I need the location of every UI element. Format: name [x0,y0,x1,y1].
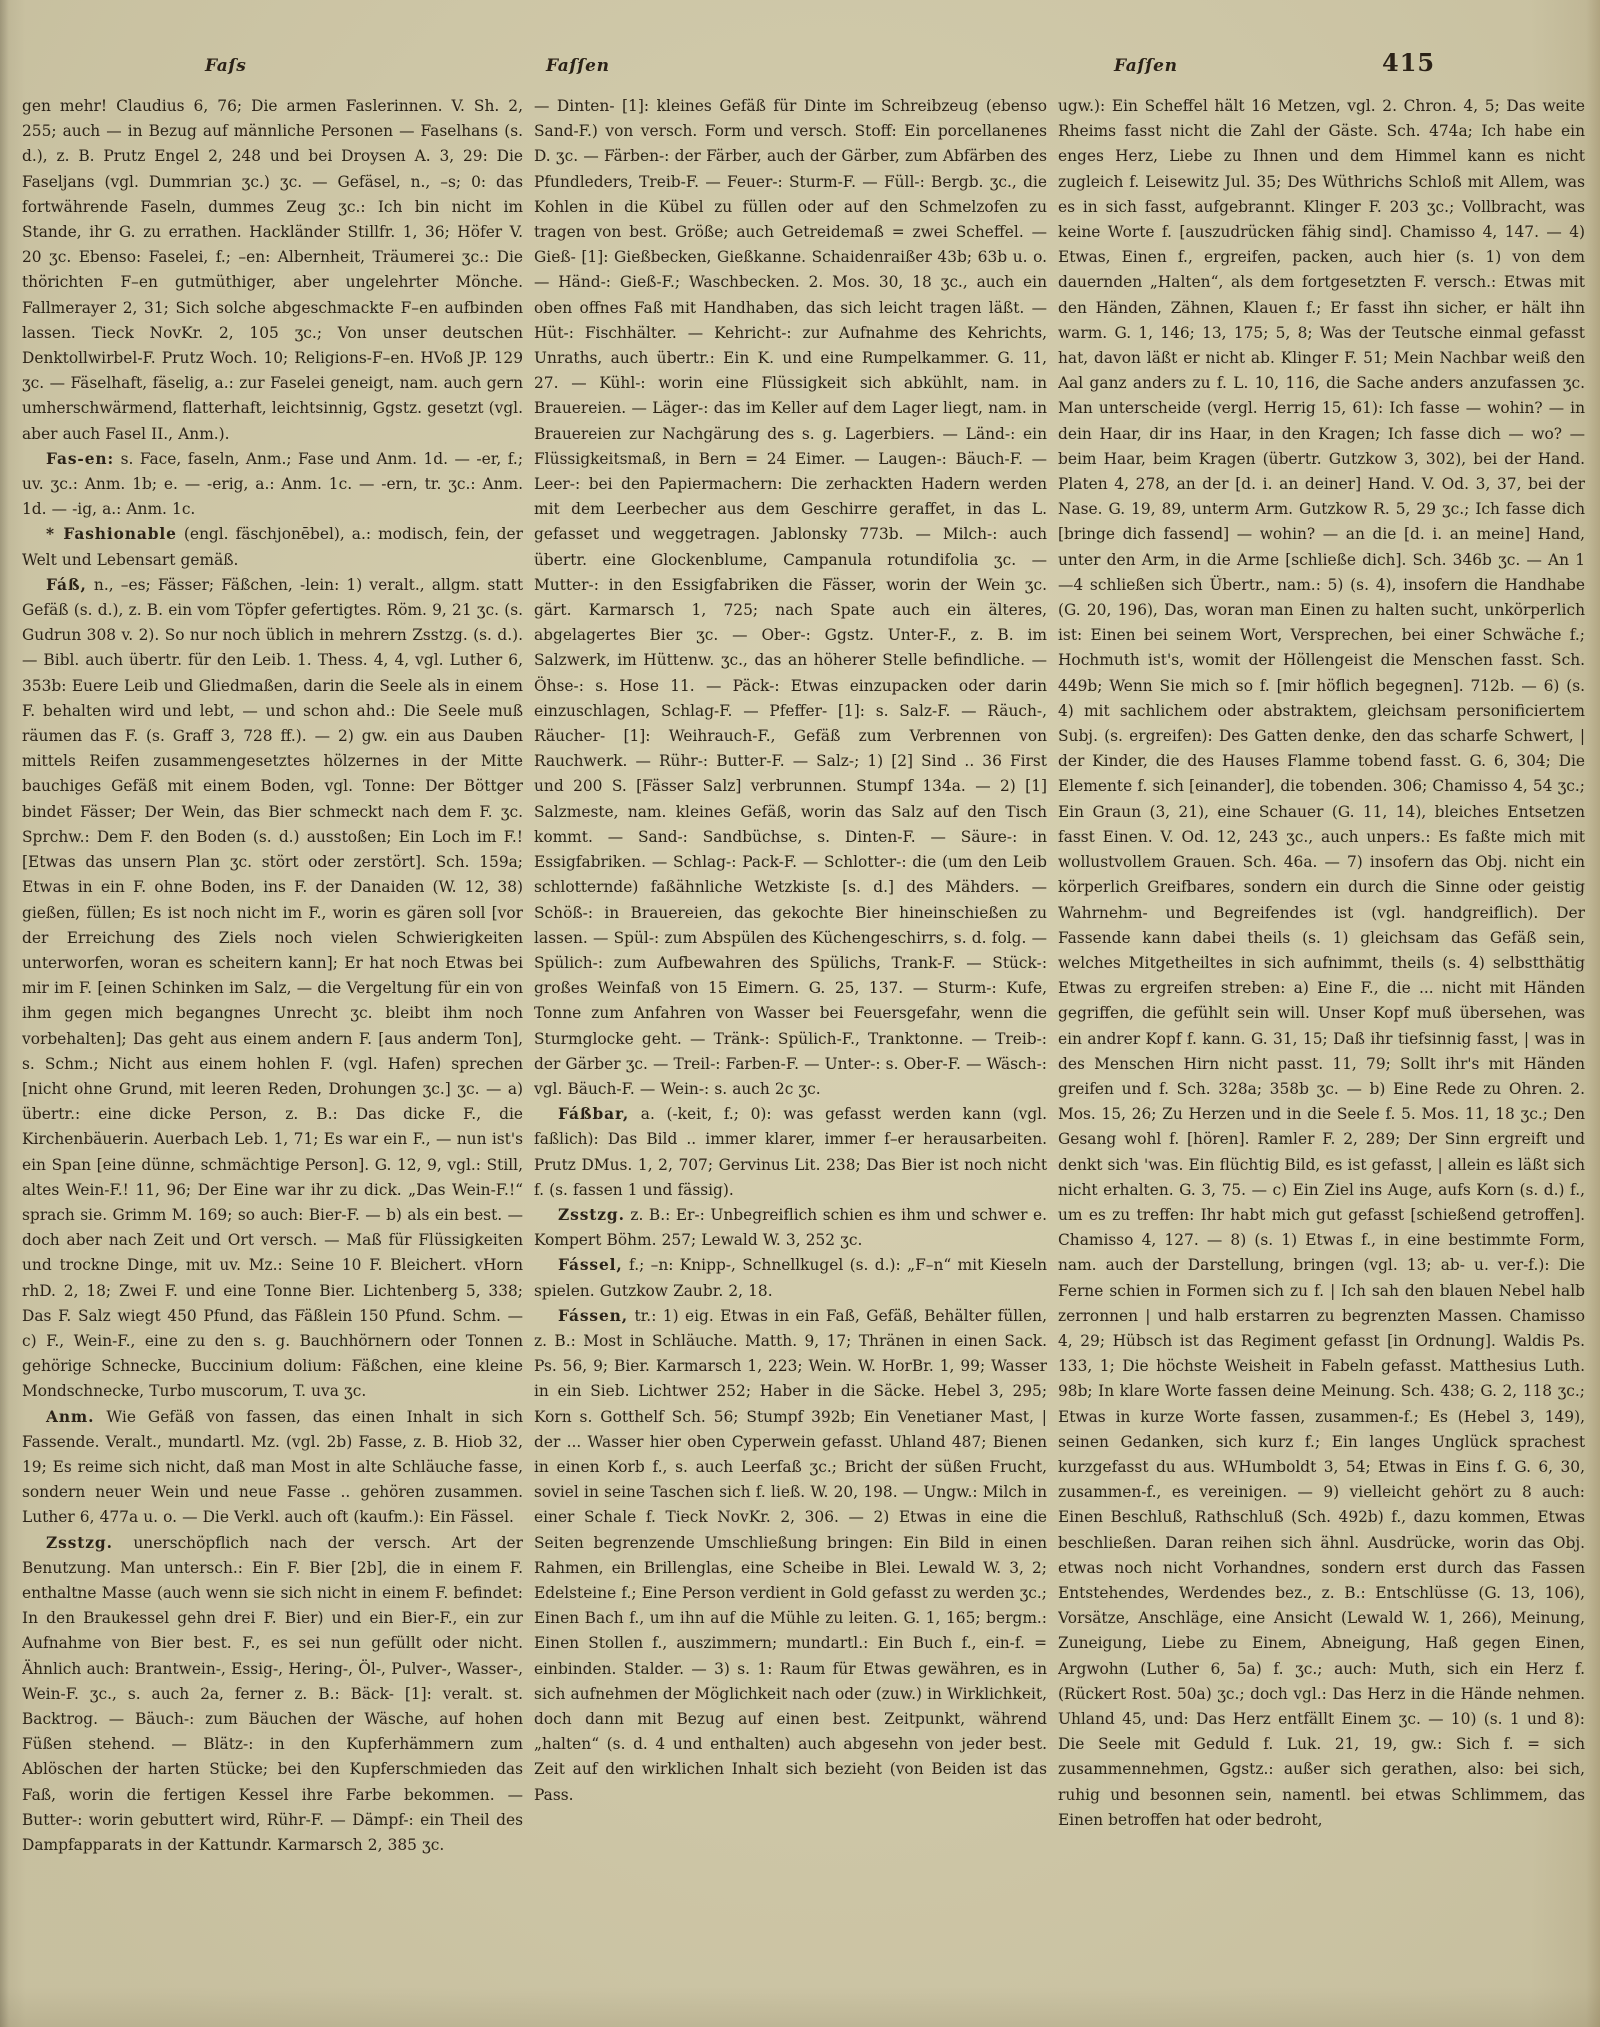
paragraph: Fas-en: s. Face, faseln, Anm.; Fase und … [22,447,523,523]
entry-headword: Fáßbar, [558,1105,629,1123]
entry-headword: Fássen, [558,1307,628,1325]
paragraph: Fássel, f.; –n: Knipp-, Schnellkugel (s.… [534,1253,1047,1303]
paragraph: Fáß, n., –es; Fässer; Fäßchen, -lein: 1)… [22,573,523,1405]
paragraph: * Fashionable (engl. fäschjonēbel), a.: … [22,522,523,572]
paragraph: ugw.): Ein Scheffel hält 16 Metzen, vgl.… [1058,94,1585,1833]
paragraph: — Dinten- [1]: kleines Gefäß für Dinte i… [534,94,1047,1102]
entry-headword: Zsstzg. [46,1534,113,1552]
paragraph-text: ugw.): Ein Scheffel hält 16 Metzen, vgl.… [1058,97,1585,1829]
entry-headword: Anm. [46,1408,94,1426]
column-1: gen mehr! Claudius 6, 76; Die armen Fasl… [22,94,523,1966]
paragraph-text: unerschöpflich nach der versch. Art der … [22,1534,523,1854]
entry-headword: Fáß, [46,576,87,594]
text-columns: gen mehr! Claudius 6, 76; Die armen Fasl… [0,0,1600,2027]
paragraph-text: tr.: 1) eig. Etwas in ein Faß, Gefäß, Be… [534,1307,1047,1804]
paragraph: Zsstzg. unerschöpflich nach der versch. … [22,1531,523,1859]
dictionary-page: Faſs Faſſen Faſſen 415 gen mehr! Claudiu… [0,0,1600,2027]
entry-headword: Zsstzg. [558,1206,625,1224]
column-2: — Dinten- [1]: kleines Gefäß für Dinte i… [534,94,1047,1966]
entry-headword: Fas-en: [46,450,114,468]
paragraph-text: Wie Gefäß von fassen, das einen Inhalt i… [22,1408,523,1527]
paragraph: Fáßbar, a. (-keit, f.; 0): was gefasst w… [534,1102,1047,1203]
paragraph: gen mehr! Claudius 6, 76; Die armen Fasl… [22,94,523,447]
paragraph: Fássen, tr.: 1) eig. Etwas in ein Faß, G… [534,1304,1047,1808]
paragraph: Zsstzg. z. B.: Er-: Unbegreiflich schien… [534,1203,1047,1253]
paragraph-text: — Dinten- [1]: kleines Gefäß für Dinte i… [534,97,1047,1098]
column-3: ugw.): Ein Scheffel hält 16 Metzen, vgl.… [1058,94,1585,1966]
entry-headword: * Fashionable [46,525,177,543]
paragraph-text: gen mehr! Claudius 6, 76; Die armen Fasl… [22,97,523,443]
entry-headword: Fássel, [558,1256,623,1274]
paragraph: Anm. Wie Gefäß von fassen, das einen Inh… [22,1405,523,1531]
paragraph-text: n., –es; Fässer; Fäßchen, -lein: 1) vera… [22,576,523,1401]
